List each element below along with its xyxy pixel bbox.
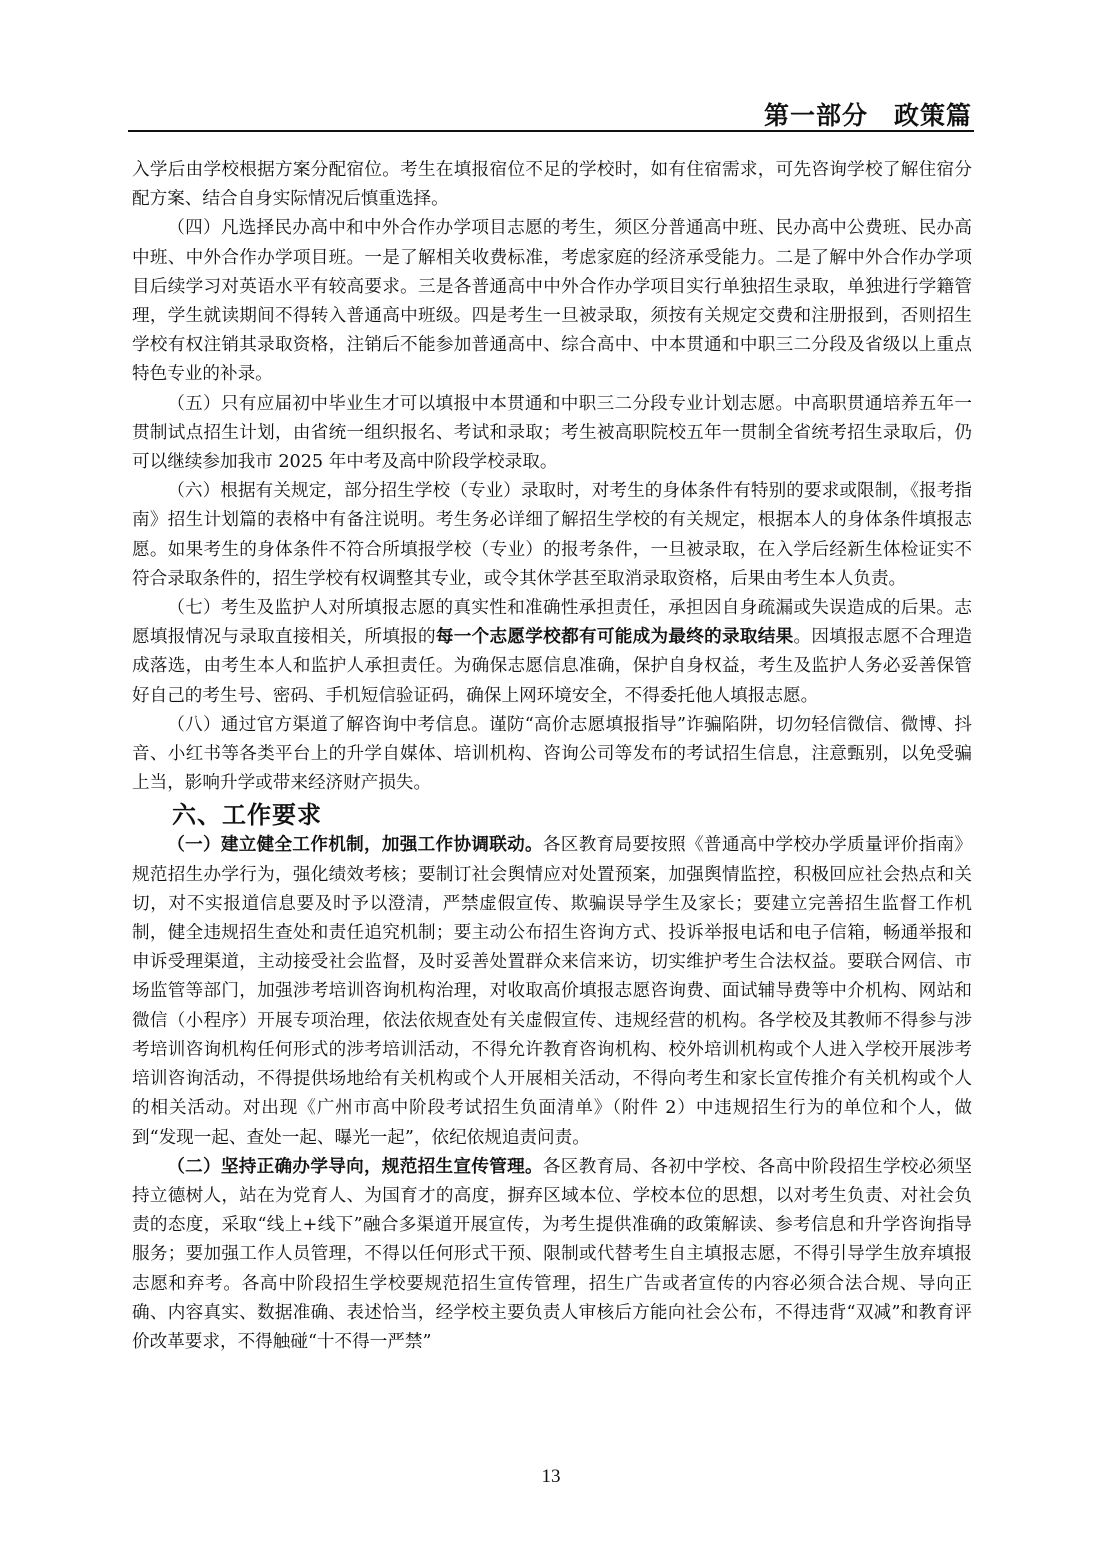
section-heading: 六、工作要求 xyxy=(132,799,972,831)
paragraph-item-7: （七）考生及监护人对所填报志愿的真实性和准确性承担责任，承担因自身疏漏或失误造成… xyxy=(132,594,972,711)
paragraph-item-4: （四）凡选择民办高中和中外合作办学项目志愿的考生，须区分普通高中班、民办高中公费… xyxy=(132,214,972,389)
header-title: 第一部分 政策篇 xyxy=(764,96,972,132)
work-requirement-1-text: 各区教育局要按照《普通高中学校办学质量评价指南》规范招生办学行为，强化绩效考核；… xyxy=(132,835,972,1147)
page-header: 第一部分 政策篇 xyxy=(128,92,974,134)
paragraph-item-5: （五）只有应届初中毕业生才可以填报中本贯通和中职三二分段专业计划志愿。中高职贯通… xyxy=(132,390,972,478)
paragraph-item-8: （八）通过官方渠道了解咨询中考信息。谨防“高价志愿填报指导”诈骗陷阱，切勿轻信微… xyxy=(132,711,972,799)
work-requirement-1: （一）建立健全工作机制，加强工作协调联动。各区教育局要按照《普通高中学校办学质量… xyxy=(132,831,972,1152)
work-requirement-2: （二）坚持正确办学导向，规范招生宣传管理。各区教育局、各初中学校、各高中阶段招生… xyxy=(132,1153,972,1357)
paragraph-continuation: 入学后由学校根据方案分配宿位。考生在填报宿位不足的学校时，如有住宿需求，可先咨询… xyxy=(132,156,972,214)
page-number: 13 xyxy=(0,1466,1102,1488)
header-rule xyxy=(128,130,974,132)
paragraph-item-6: （六）根据有关规定，部分招生学校（专业）录取时，对考生的身体条件有特别的要求或限… xyxy=(132,477,972,594)
work-requirement-2-title: （二）坚持正确办学导向，规范招生宣传管理。 xyxy=(167,1157,543,1177)
document-body: 入学后由学校根据方案分配宿位。考生在填报宿位不足的学校时，如有住宿需求，可先咨询… xyxy=(132,156,972,1357)
work-requirement-1-title: （一）建立健全工作机制，加强工作协调联动。 xyxy=(167,835,543,855)
paragraph-item-7-emphasis: 每一个志愿学校都有可能成为最终的录取结果 xyxy=(436,627,794,647)
work-requirement-2-text: 各区教育局、各初中学校、各高中阶段招生学校必须坚持立德树人，站在为党育人、为国育… xyxy=(132,1157,972,1352)
